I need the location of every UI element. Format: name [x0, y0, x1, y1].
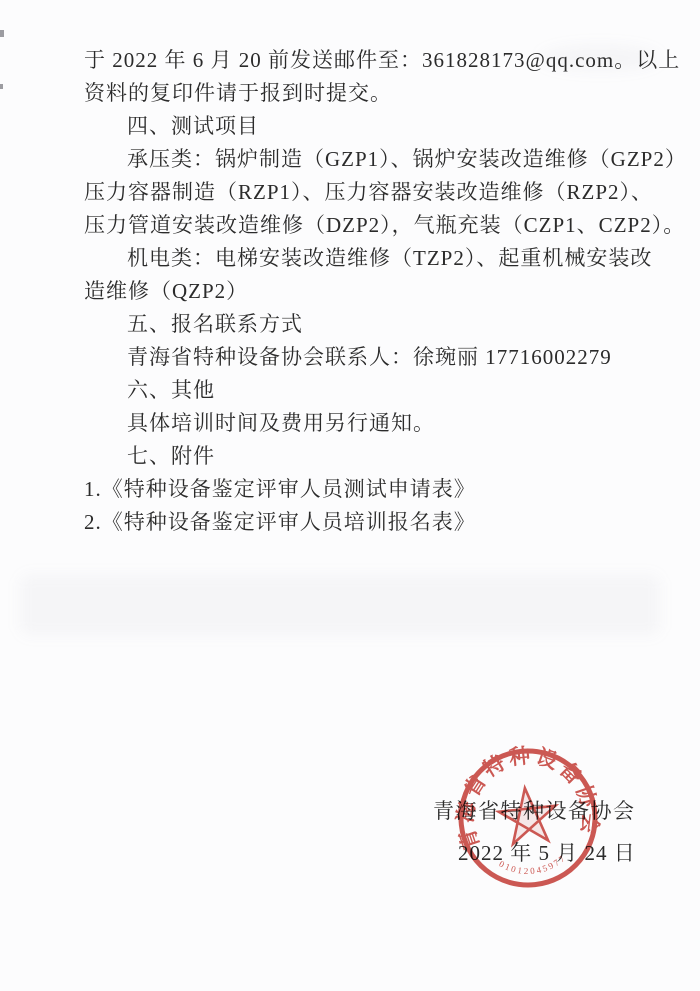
body-line: 资料的复印件请于报到时提交。	[84, 77, 646, 110]
document-page: 于 2022 年 6 月 20 前发送邮件至：361828173@qq.com。…	[0, 0, 700, 991]
contact-line: 青海省特种设备协会联系人：徐琬丽 17716002279	[84, 341, 646, 374]
scan-smudge	[20, 575, 660, 635]
scan-speck	[0, 84, 3, 89]
scan-speck	[0, 30, 4, 37]
body-line: 压力容器制造（RZP1）、压力容器安装改造维修（RZP2）、	[84, 176, 646, 209]
body-line: 承压类：锅炉制造（GZP1）、锅炉安装改造维修（GZP2）	[84, 143, 646, 176]
body-line: 造维修（QZP2）	[84, 275, 646, 308]
body-line: 于 2022 年 6 月 20 前发送邮件至：361828173@qq.com。…	[84, 44, 646, 77]
section-heading-7: 七、附件	[84, 440, 646, 473]
star-icon	[497, 785, 559, 845]
section-heading-4: 四、测试项目	[84, 110, 646, 143]
attachment-item-2: 2.《特种设备鉴定评审人员培训报名表》	[84, 506, 646, 539]
body-line: 具体培训时间及费用另行通知。	[84, 407, 646, 440]
official-seal-stamp: 青海省特种设备协会 01012045977	[435, 725, 622, 912]
document-body: 于 2022 年 6 月 20 前发送邮件至：361828173@qq.com。…	[84, 44, 646, 539]
body-line: 压力管道安装改造维修（DZP2），气瓶充装（CZP1、CZP2）。	[84, 209, 646, 242]
section-heading-5: 五、报名联系方式	[84, 308, 646, 341]
attachment-item-1: 1.《特种设备鉴定评审人员测试申请表》	[84, 473, 646, 506]
section-heading-6: 六、其他	[84, 374, 646, 407]
body-line: 机电类：电梯安装改造维修（TZP2）、起重机械安装改	[84, 242, 646, 275]
